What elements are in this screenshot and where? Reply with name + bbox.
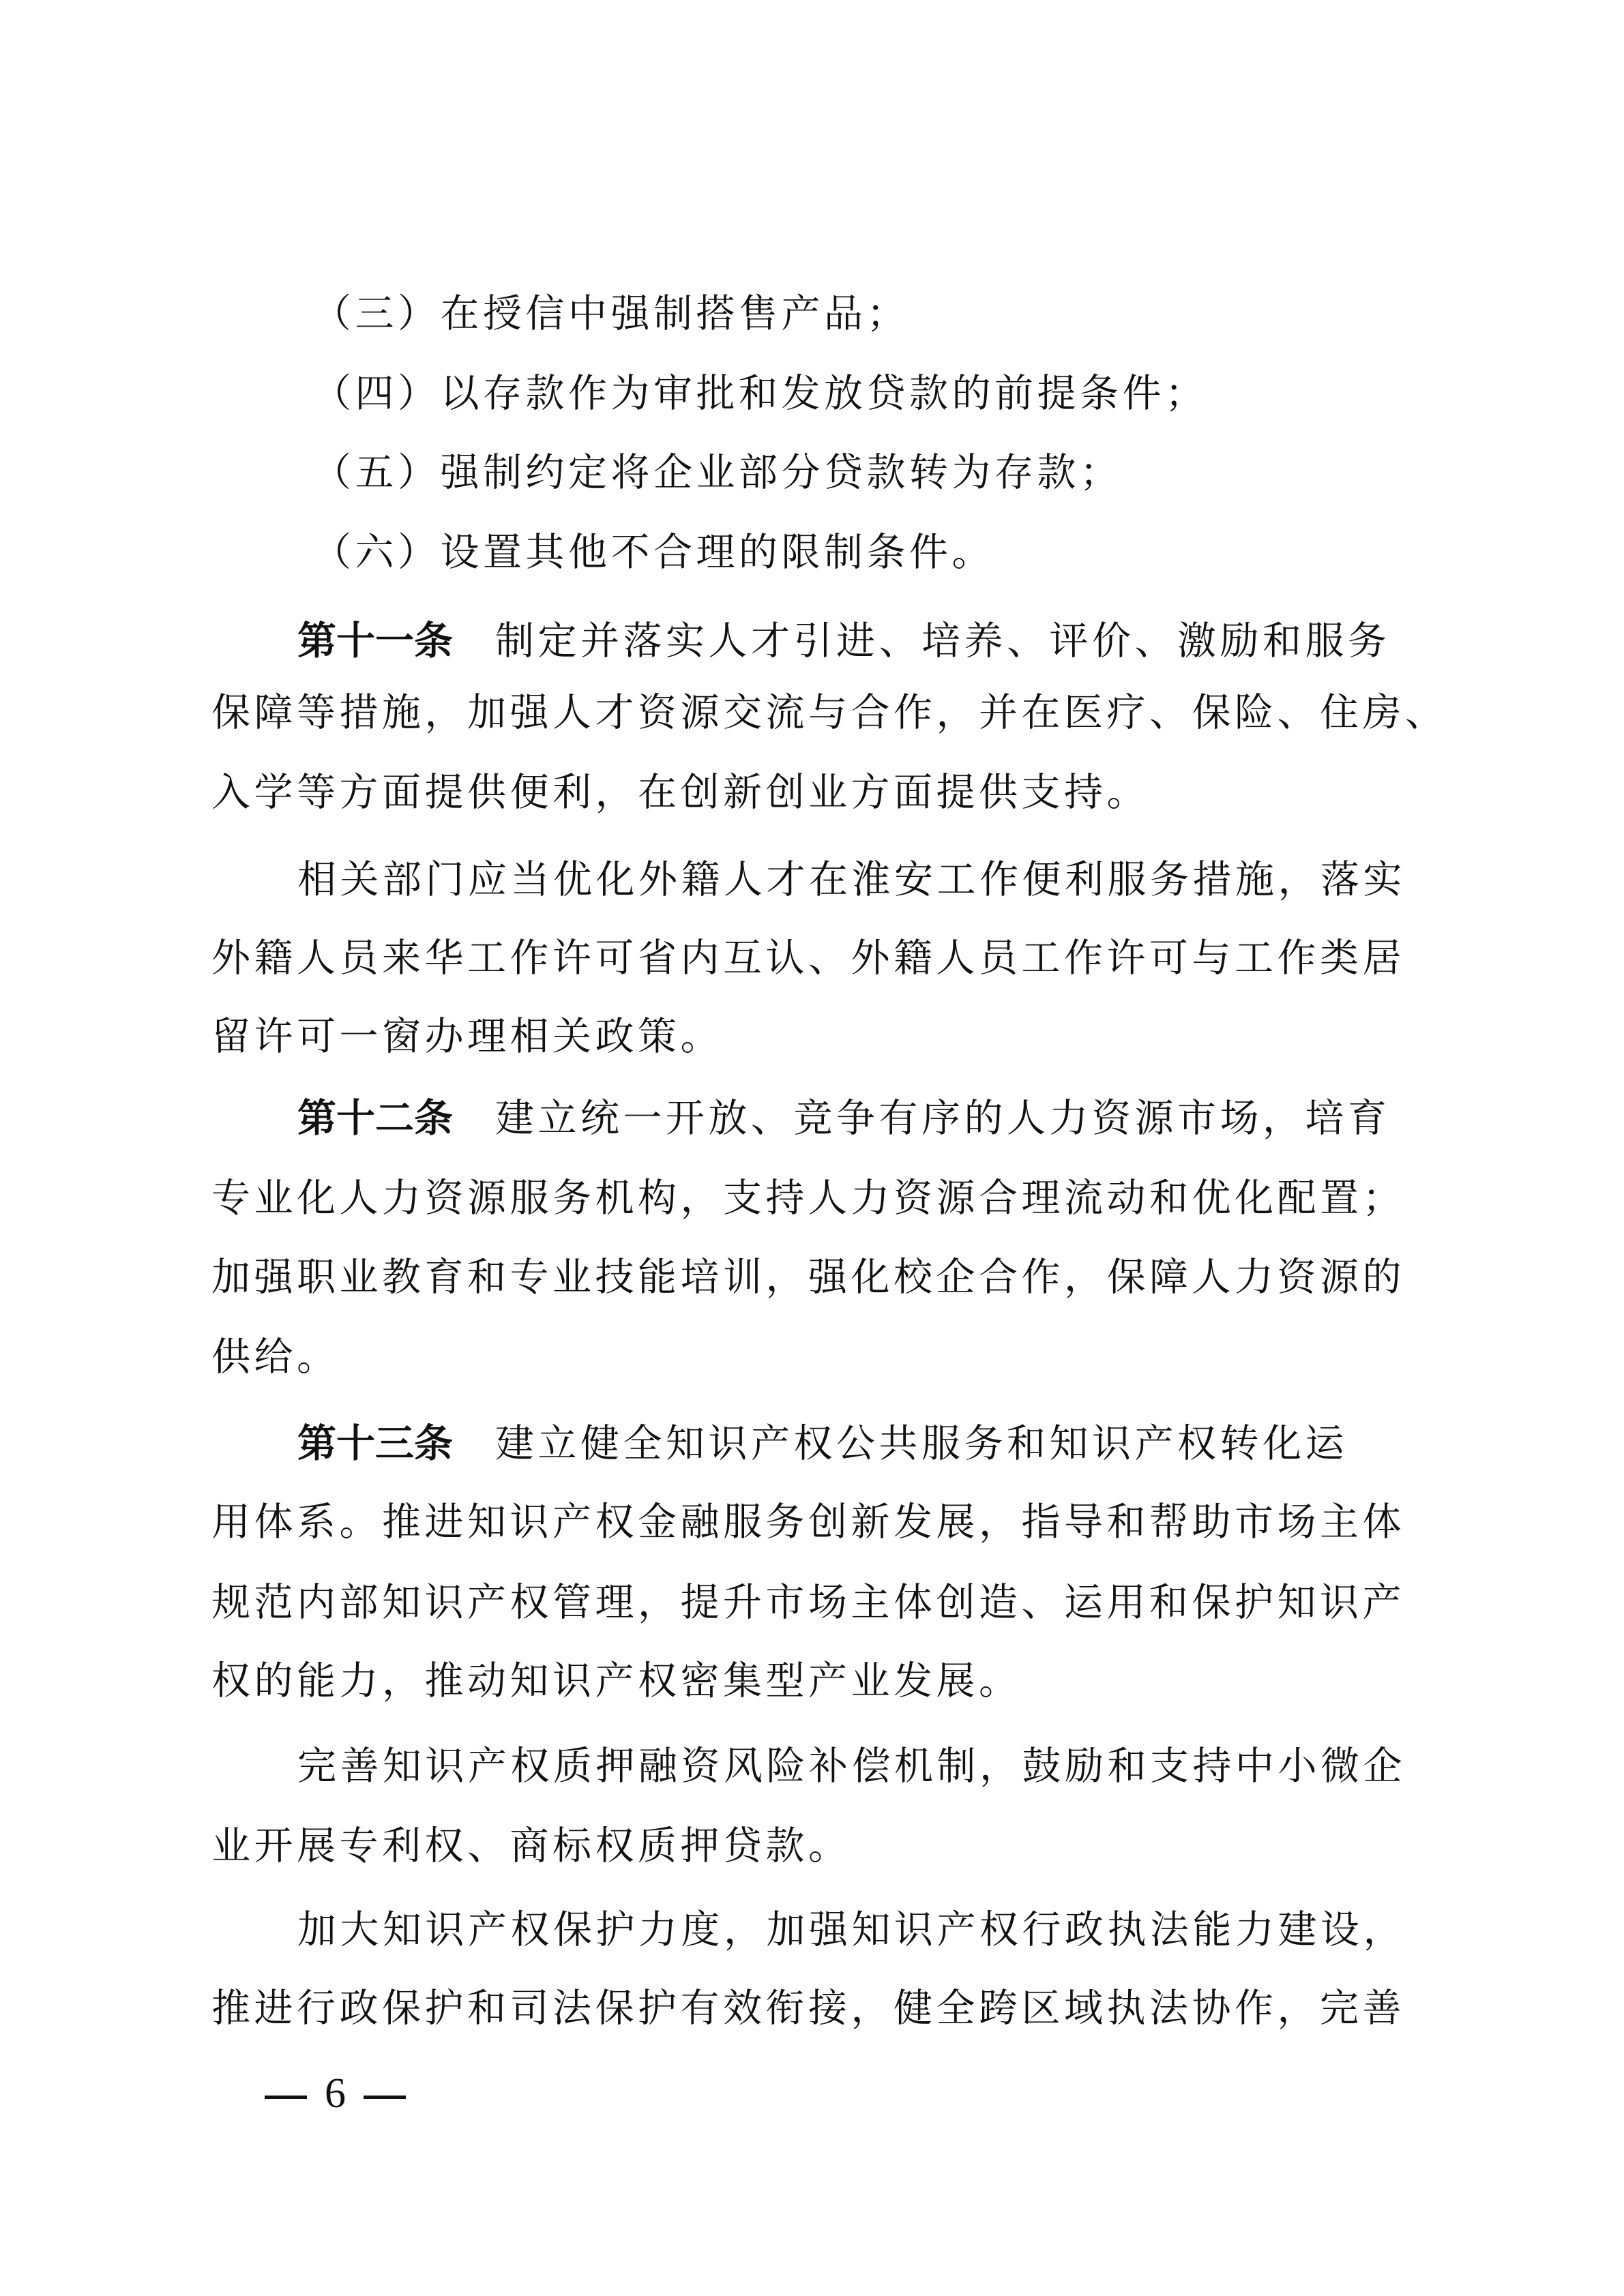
item-label: （五）	[312, 450, 441, 495]
article-12-line: 第十二条建立统一开放、竞争有序的人力资源市场，培育	[297, 1091, 1426, 1146]
page-number: 6	[247, 2066, 424, 2121]
page-number-value: 6	[325, 2070, 346, 2117]
item-label: （四）	[312, 371, 441, 416]
article-11-para2-line: 留许可一窗办理相关政策。	[211, 1009, 1426, 1064]
item-text: 以存款作为审批和发放贷款的前提条件；	[441, 371, 1208, 416]
article-12-line: 加强职业教育和专业技能培训，强化校企合作，保障人力资源的	[211, 1250, 1426, 1304]
article-12-line: 专业化人力资源服务机构，支持人力资源合理流动和优化配置；	[211, 1171, 1426, 1225]
article-heading: 第十三条	[297, 1421, 453, 1466]
article-heading: 第十二条	[297, 1096, 453, 1141]
item-text: 强制约定将企业部分贷款转为存款；	[441, 450, 1123, 495]
article-13-line: 权的能力，推动知识产权密集型产业发展。	[211, 1654, 1426, 1708]
article-11-line: 保障等措施，加强人才资源交流与合作，并在医疗、保险、住房、	[211, 685, 1426, 740]
document-page: （三）在授信中强制搭售产品； （四）以存款作为审批和发放贷款的前提条件； （五）…	[0, 0, 1624, 2296]
article-13-para3-line: 加大知识产权保护力度，加强知识产权行政执法能力建设，	[297, 1903, 1426, 1957]
article-11-para2-line: 相关部门应当优化外籍人才在淮安工作便利服务措施，落实	[297, 852, 1426, 907]
article-12-line: 供给。	[211, 1330, 1426, 1384]
article-13-para2-line: 业开展专利权、商标权质押贷款。	[211, 1819, 1426, 1873]
list-item: （六）设置其他不合理的限制条件。	[312, 525, 1526, 580]
article-13-para2-line: 完善知识产权质押融资风险补偿机制，鼓励和支持中小微企	[297, 1739, 1426, 1793]
article-heading: 第十一条	[297, 618, 453, 664]
article-13-line: 第十三条建立健全知识产权公共服务和知识产权转化运	[297, 1416, 1426, 1471]
article-11-line: 第十一条制定并落实人才引进、培养、评价、激励和服务	[297, 614, 1426, 668]
item-text: 在授信中强制搭售产品；	[441, 291, 910, 336]
list-item: （四）以存款作为审批和发放贷款的前提条件；	[312, 366, 1526, 421]
article-11-line: 入学等方面提供便利，在创新创业方面提供支持。	[211, 765, 1426, 820]
list-item: （三）在授信中强制搭售产品；	[312, 286, 1526, 341]
item-text: 设置其他不合理的限制条件。	[441, 530, 995, 575]
article-text: 制定并落实人才引进、培养、评价、激励和服务	[495, 618, 1391, 664]
article-text: 建立统一开放、竞争有序的人力资源市场，培育	[495, 1096, 1391, 1141]
article-13-line: 规范内部知识产权管理，提升市场主体创造、运用和保护知识产	[211, 1575, 1426, 1630]
dash-right	[364, 2096, 406, 2099]
item-label: （三）	[312, 291, 441, 336]
dash-left	[265, 2096, 307, 2099]
list-item: （五）强制约定将企业部分贷款转为存款；	[312, 445, 1526, 500]
item-label: （六）	[312, 530, 441, 575]
article-13-line: 用体系。推进知识产权金融服务创新发展，指导和帮助市场主体	[211, 1495, 1426, 1549]
article-11-para2-line: 外籍人员来华工作许可省内互认、外籍人员工作许可与工作类居	[211, 931, 1426, 985]
article-text: 建立健全知识产权公共服务和知识产权转化运	[495, 1421, 1348, 1466]
article-13-para3-line: 推进行政保护和司法保护有效衔接，健全跨区域执法协作，完善	[211, 1981, 1426, 2036]
